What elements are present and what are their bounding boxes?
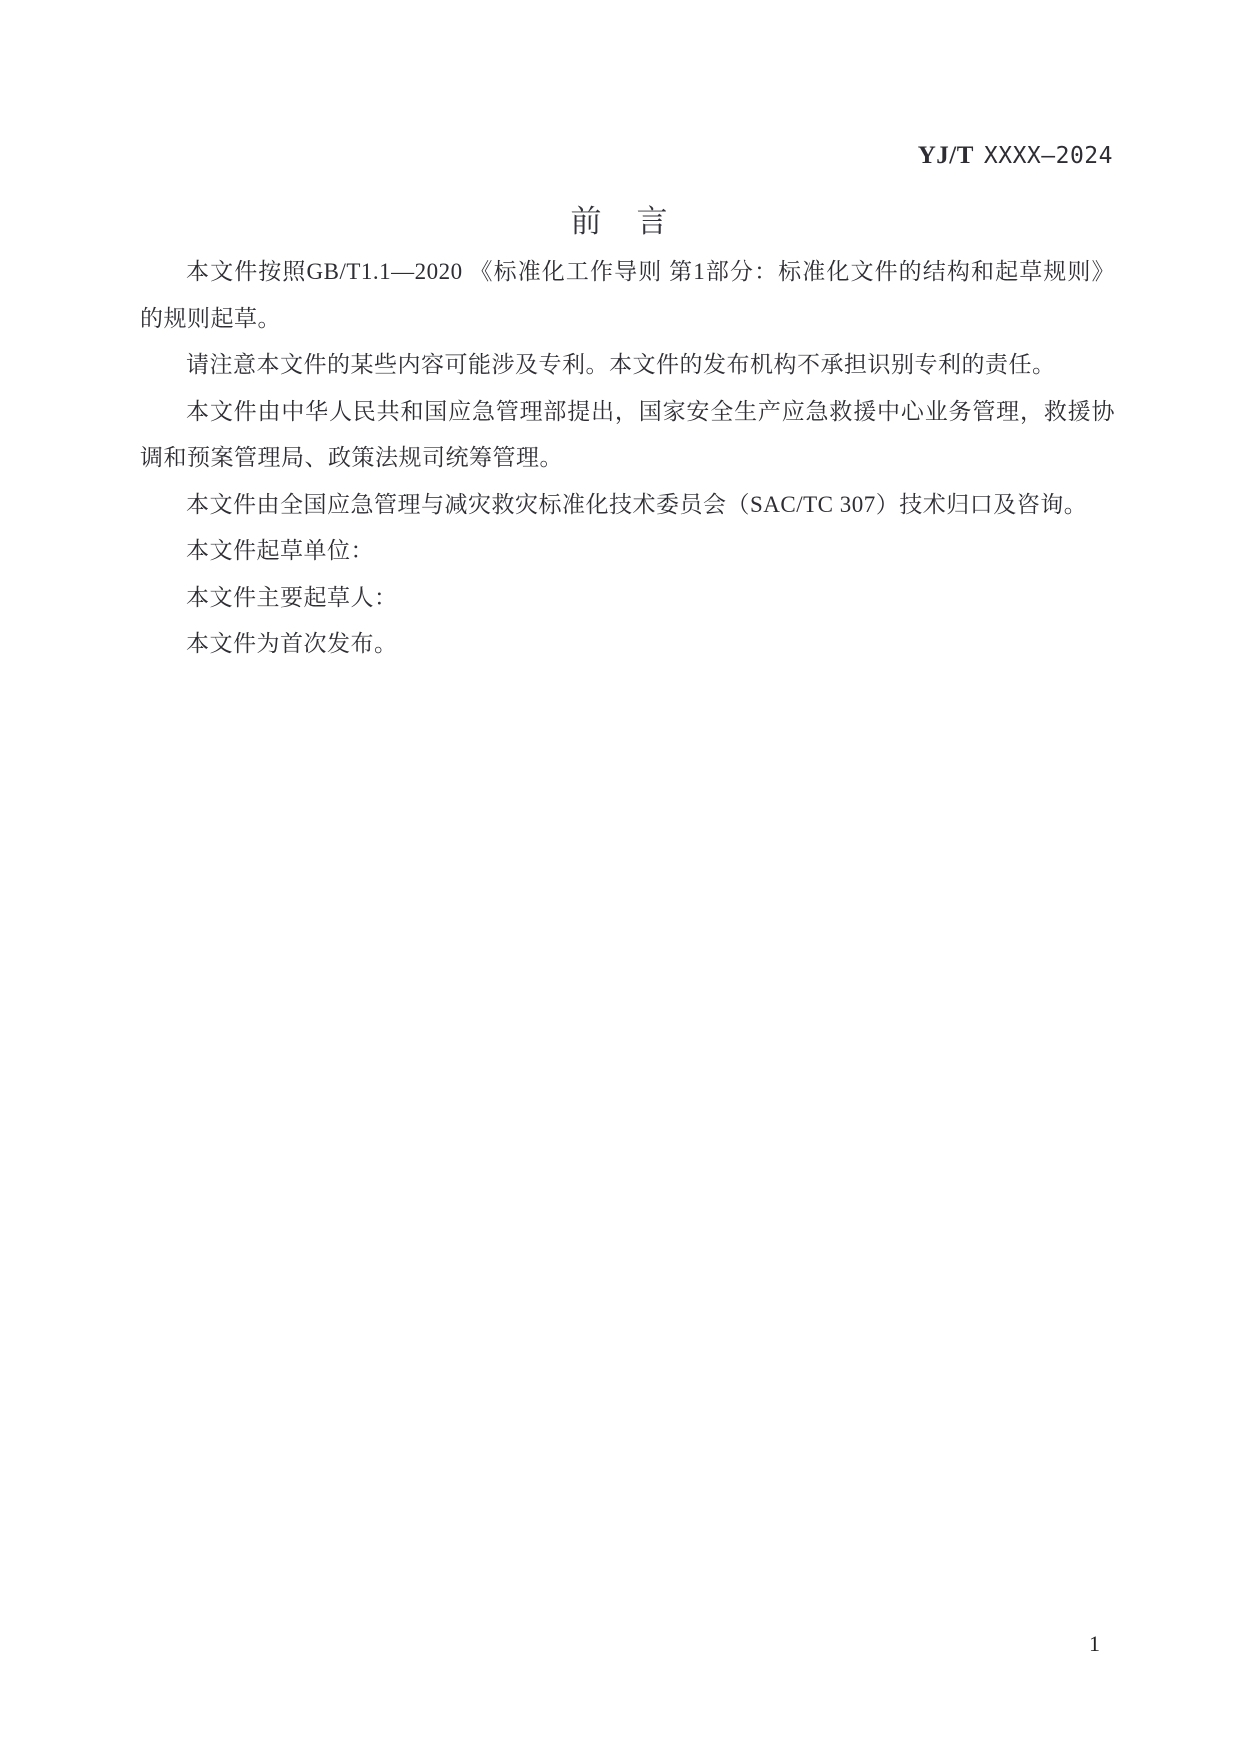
paragraph-main-drafters: 本文件主要起草人： bbox=[140, 575, 1115, 622]
paragraph-technical-committee: 本文件由全国应急管理与减灾救灾标准化技术委员会（SAC/TC 307）技术归口及… bbox=[140, 482, 1115, 529]
standard-code-prefix: YJ/T bbox=[918, 142, 974, 169]
document-header: YJ/TXXXX—2024 bbox=[0, 142, 1240, 173]
paragraph-first-publication: 本文件为首次发布。 bbox=[140, 621, 1115, 668]
document-body: 本文件按照GB/T1.1—2020 《标准化工作导则 第1部分：标准化文件的结构… bbox=[0, 249, 1240, 668]
paragraph-drafting-rules: 本文件按照GB/T1.1—2020 《标准化工作导则 第1部分：标准化文件的结构… bbox=[140, 249, 1115, 342]
paragraph-proposing-body: 本文件由中华人民共和国应急管理部提出，国家安全生产应急救援中心业务管理，救援协调… bbox=[140, 389, 1115, 482]
page-title: 前 言 bbox=[0, 200, 1240, 244]
document-page: YJ/TXXXX—2024 前 言 本文件按照GB/T1.1—2020 《标准化… bbox=[0, 0, 1240, 1753]
paragraph-patent-notice: 请注意本文件的某些内容可能涉及专利。本文件的发布机构不承担识别专利的责任。 bbox=[140, 342, 1115, 389]
page-number: 1 bbox=[1089, 1631, 1100, 1657]
paragraph-drafting-organizations: 本文件起草单位： bbox=[140, 528, 1115, 575]
standard-code-number: XXXX—2024 bbox=[984, 143, 1113, 169]
